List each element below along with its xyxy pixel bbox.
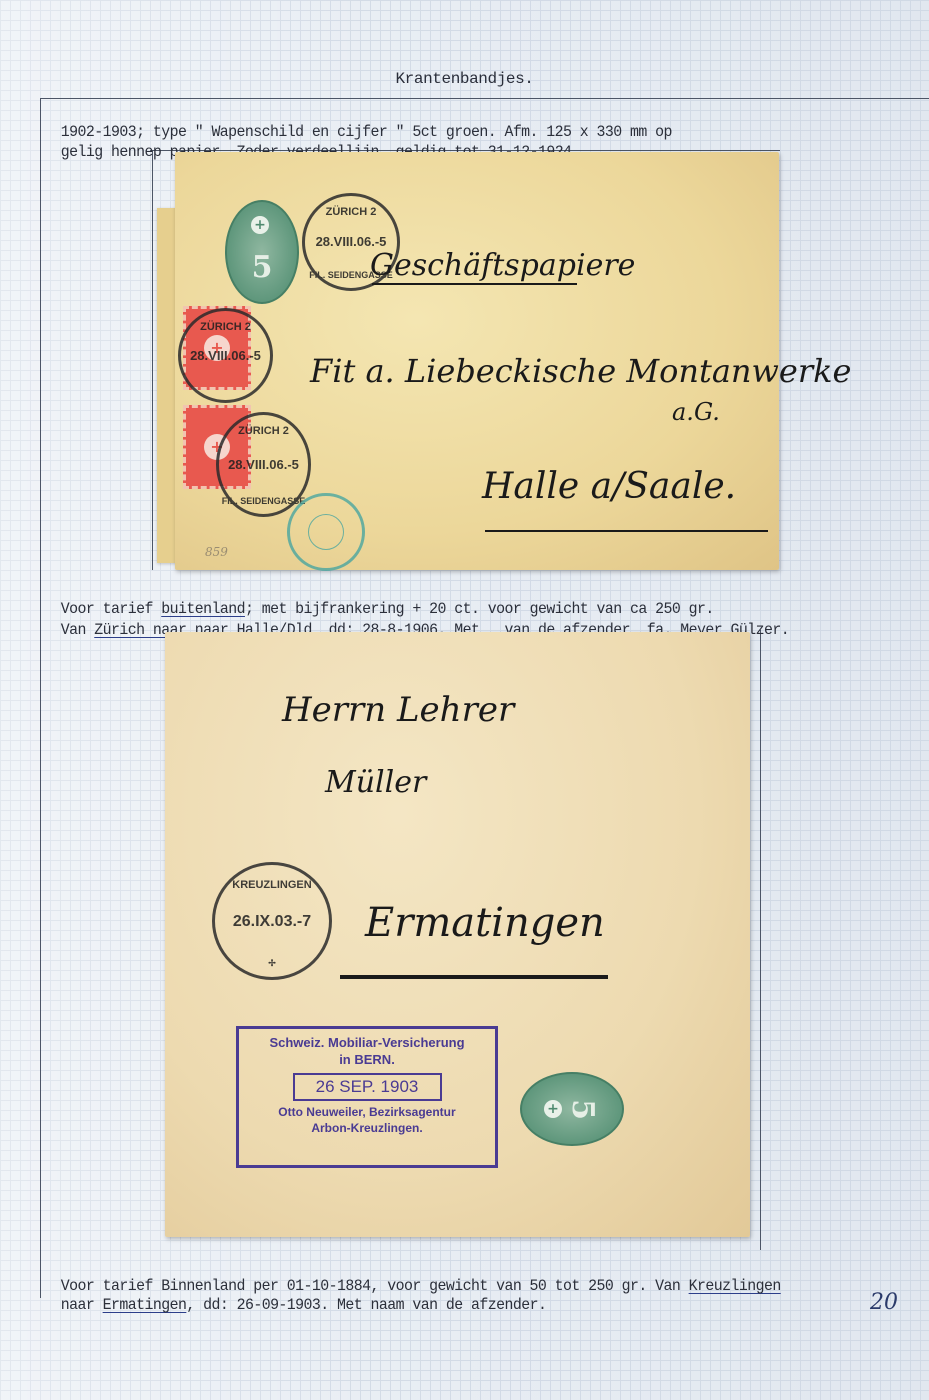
frame-top-border <box>40 98 929 99</box>
handwriting-underline-ermatingen <box>340 975 608 979</box>
company-stamp-line3: Otto Neuweiler, Bezirksagentur <box>239 1105 495 1119</box>
postmark-date: 28.VIII.06.-5 <box>181 348 270 363</box>
frame-left-border <box>40 98 41 1298</box>
handwriting-addressee-line1: Herrn Lehrer <box>282 690 514 730</box>
inner-left-rule <box>152 150 153 570</box>
indicia-stamp-5ct: + 5 <box>225 200 299 304</box>
postmark-zurich-on-stamps-2: ZÜRICH 2 28.VIII.06.-5 FIL. SEIDENGASSE <box>216 412 311 517</box>
postmark-city: KREUZLINGEN <box>215 879 329 891</box>
handwriting-line3: a.G. <box>672 398 720 426</box>
postmark-sub: FIL. SEIDENGASSE <box>219 496 308 506</box>
page-number: 20 <box>870 1290 898 1315</box>
company-stamp-line1: Schweiz. Mobiliar-Versicherung <box>239 1035 495 1050</box>
caption-text: , dd: 26-09-1903. Met naam van de afzend… <box>186 1296 546 1314</box>
handwriting-line2: Fit a. Liebeckische Montanwerke <box>310 352 851 390</box>
sender-stamp-meyer-gulzer <box>287 493 365 571</box>
postmark-city: ZÜRICH 2 <box>181 321 270 333</box>
handwriting-underline4 <box>485 530 768 532</box>
postmark-date: 28.VIII.06.-5 <box>305 234 397 249</box>
postmark-city: ZÜRICH 2 <box>219 425 308 437</box>
postmark-star-icon: ✢ <box>215 958 329 969</box>
company-stamp-line2: in BERN. <box>239 1052 495 1067</box>
handwriting-addressee-line2: Müller <box>325 765 426 800</box>
postmark-kreuzlingen: KREUZLINGEN 26.IX.03.-7 ✢ <box>212 862 332 980</box>
company-stamp-mobiliar: Schweiz. Mobiliar-Versicherung in BERN. … <box>236 1026 498 1168</box>
swiss-cross-icon: + <box>251 216 269 234</box>
page-title: Krantenbandjes. <box>0 70 929 88</box>
swiss-cross-icon: + <box>544 1100 562 1118</box>
caption-text: naar <box>61 1296 103 1314</box>
pencil-note: 859 <box>205 545 228 559</box>
sender-stamp-inner-ring <box>308 514 344 550</box>
postmark-city: ZÜRICH 2 <box>305 206 397 218</box>
postmark-date: 28.VIII.06.-5 <box>219 457 308 472</box>
indicia-stamp-5ct-rotated: + 5 <box>520 1072 624 1146</box>
handwriting-addressee-line3: Ermatingen <box>365 900 605 946</box>
inner-right-rule <box>760 630 761 1250</box>
handwriting-line1: Geschäftspapiere <box>370 248 635 283</box>
handwriting-line4: Halle a/Saale. <box>482 466 736 507</box>
caption-text: Van <box>61 621 94 639</box>
company-stamp-line4: Arbon-Kreuzlingen. <box>239 1121 495 1135</box>
caption-underlined-ermatingen: Ermatingen <box>103 1296 187 1314</box>
indicia-value: 5 <box>565 1099 600 1120</box>
handwriting-underline1 <box>372 283 577 285</box>
postmark-date: 26.IX.03.-7 <box>215 913 329 931</box>
indicia-value: 5 <box>252 250 273 285</box>
company-stamp-date: 26 SEP. 1903 <box>293 1073 442 1101</box>
caption-underlined-kreuzlingen: Kreuzlingen <box>689 1277 781 1295</box>
postmark-zurich-on-stamps-1: ZÜRICH 2 28.VIII.06.-5 <box>178 308 273 403</box>
section2-caption-line2: naar Ermatingen, dd: 26-09-1903. Met naa… <box>44 1277 546 1315</box>
